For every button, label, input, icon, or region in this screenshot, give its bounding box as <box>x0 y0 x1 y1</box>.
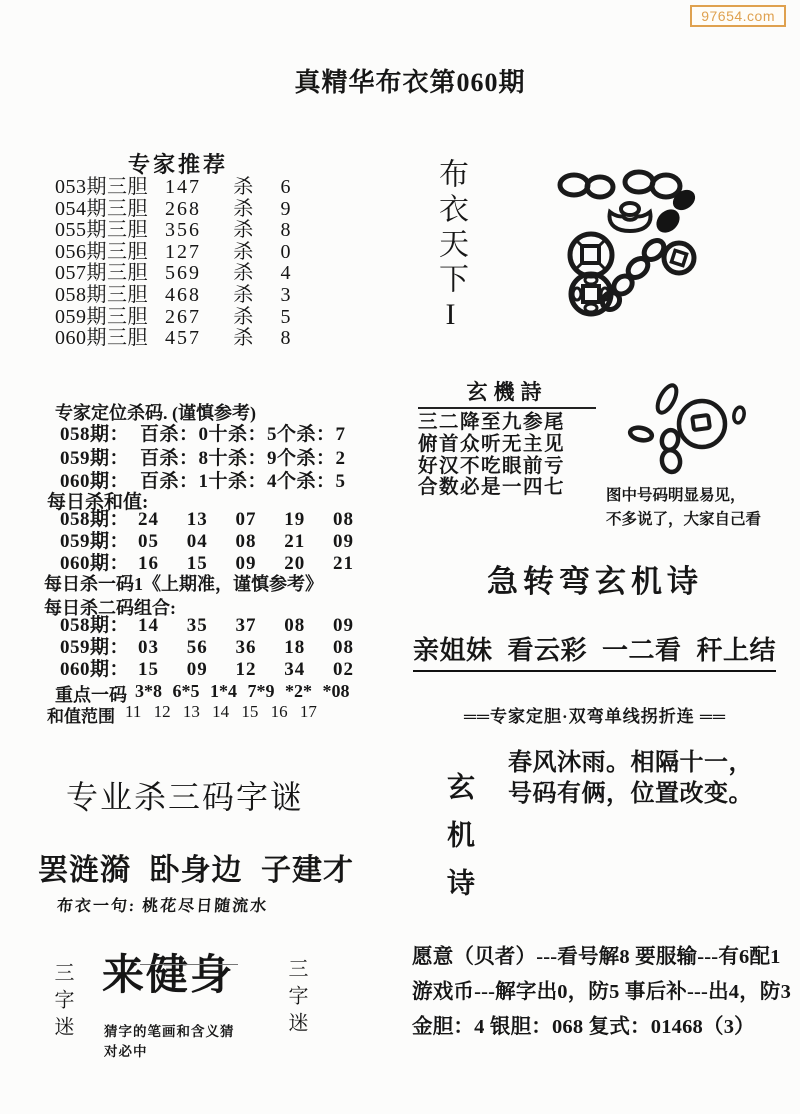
kill-label: 杀 <box>220 220 267 242</box>
table-row: 059期三胆 267 杀 5 <box>55 307 291 329</box>
kill-label: 杀 <box>220 285 267 307</box>
stray-line <box>140 964 238 965</box>
poem-line: 合数必是一四七 <box>418 477 596 499</box>
caption-line: 不多说了，大家自己看 <box>606 508 761 532</box>
table-row: 053期三胆 147 杀 6 <box>55 177 291 199</box>
daily-kill-sum-list: 058期： 24 13 07 19 08 059期： 05 04 08 21 0… <box>60 509 354 574</box>
table-row: 058期： 24 13 07 19 08 <box>60 509 354 531</box>
position-kill-heading: 专家定位杀码. (谨慎参考) <box>55 399 256 425</box>
dan-number: 267 <box>165 307 220 329</box>
kill-label: 杀 <box>220 328 267 350</box>
caption-line: 对必中 <box>104 1042 235 1062</box>
three-char-label-left: 三字迷 <box>48 962 77 1043</box>
lottery-tip-sheet: 97654.com 真精华布衣第060期 专家推荐 053期三胆 147 杀 6… <box>0 0 800 1114</box>
period-label: 058期： <box>60 509 138 531</box>
daily-kill-one-note: 每日杀一码1《上期准，谨慎参考》 <box>44 570 323 596</box>
page-title: 真精华布衣第060期 <box>0 62 800 99</box>
period-label: 058期三胆 <box>55 285 165 307</box>
tip-line: 愿意（贝者）---看号解8 要服输---有6配1 <box>412 940 791 975</box>
table-row: 058期： 14 35 37 08 09 <box>60 615 354 637</box>
riddle-heading: 专业杀三码字谜 <box>66 772 304 818</box>
kill-label: 杀 <box>220 307 267 329</box>
kill-values: 百杀：8十杀：9个杀：2 <box>140 447 346 471</box>
three-char-answer: 来健身 <box>102 942 234 1002</box>
expert-recommend-list: 053期三胆 147 杀 6 054期三胆 268 杀 9 055期三胆 356… <box>55 177 291 350</box>
caption-line: 猜字的笔画和含义猜 <box>104 1022 235 1042</box>
dan-number: 147 <box>165 177 220 199</box>
poem-line: 三二降至九参尾 <box>418 412 596 434</box>
kill-number: 4 <box>267 263 291 285</box>
tip-line: 游戏币---解字出0，防5 事后补---出4，防3 <box>412 975 791 1010</box>
combo-values: 15 09 12 34 02 <box>138 659 354 681</box>
kill-label: 杀 <box>220 263 267 285</box>
table-row: 055期三胆 356 杀 8 <box>55 220 291 242</box>
sum-range-values: 11 12 13 14 15 16 17 <box>125 702 317 727</box>
answer-text: 来健身 <box>102 953 234 999</box>
period-label: 060期： <box>60 659 138 681</box>
site-badge[interactable]: 97654.com <box>690 5 786 27</box>
xuanji-vertical-label: 玄机诗 <box>438 772 478 916</box>
sharp-turn-riddle-line: 亲姐妹 看云彩 一二看 秆上结 <box>413 630 776 672</box>
expert-dan-divider: ══专家定胆·双弯单线拐折连 ══ <box>410 702 780 727</box>
riddle-line: 罢涟漪 卧身边 子建才 <box>38 845 354 889</box>
xuanji-poem-title: 玄機詩 <box>418 376 596 409</box>
answer-caption: 猜字的笔画和含义猜 对必中 <box>104 1022 235 1062</box>
three-char-label-right: 三字迷 <box>282 958 311 1039</box>
expert-recommend-heading: 专家推荐 <box>128 148 228 179</box>
dan-number: 268 <box>165 199 220 221</box>
sum-values: 24 13 07 19 08 <box>138 509 354 531</box>
table-row: 058期： 百杀：0十杀：5个杀：7 <box>60 423 346 447</box>
table-row: 058期三胆 468 杀 3 <box>55 285 291 307</box>
table-row: 054期三胆 268 杀 9 <box>55 199 291 221</box>
period-label: 053期三胆 <box>55 177 165 199</box>
sharp-turn-heading: 急转弯玄机诗 <box>410 556 780 601</box>
coin-doodle-drawing <box>626 378 748 478</box>
dan-number: 127 <box>165 242 220 264</box>
buyi-sentence: 布衣一句: 桃花尽日随流水 <box>56 893 269 916</box>
kill-label: 杀 <box>220 177 267 199</box>
kill-values: 百杀：0十杀：5个杀：7 <box>140 423 346 447</box>
kill-number: 3 <box>267 285 291 307</box>
two-combo-list: 058期： 14 35 37 08 09 059期： 03 56 36 18 0… <box>60 615 354 680</box>
period-label: 059期： <box>60 637 138 659</box>
poem-line: 俯首众听无主见 <box>418 434 596 456</box>
table-row: 060期： 15 09 12 34 02 <box>60 659 354 681</box>
spring-poem: 春风沐雨。相隔十一， 号码有俩，位置改变。 <box>508 748 753 810</box>
period-label: 059期： <box>60 531 138 553</box>
poem-line: 号码有俩，位置改变。 <box>508 779 753 810</box>
kill-label: 杀 <box>220 242 267 264</box>
kill-number: 8 <box>267 220 291 242</box>
period-label: 056期三胆 <box>55 242 165 264</box>
table-row: 060期三胆 457 杀 8 <box>55 328 291 350</box>
table-row: 057期三胆 569 杀 4 <box>55 263 291 285</box>
period-label: 059期三胆 <box>55 307 165 329</box>
kill-number: 0 <box>267 242 291 264</box>
sum-range-label: 和值范围 <box>47 702 115 727</box>
kill-number: 8 <box>267 328 291 350</box>
period-label: 057期三胆 <box>55 263 165 285</box>
xuanji-poem-box: 玄機詩 三二降至九参尾 俯首众听无主见 好汉不吃眼前亏 合数必是一四七 <box>418 376 596 499</box>
kill-number: 9 <box>267 199 291 221</box>
buyi-tianxia-vertical-title: 布衣天下I <box>428 158 472 336</box>
coins-ingot-drawing <box>538 162 738 332</box>
xuanji-poem-lines: 三二降至九参尾 俯首众听无主见 好汉不吃眼前亏 合数必是一四七 <box>418 412 596 499</box>
combo-values: 03 56 36 18 08 <box>138 637 354 659</box>
sum-range-row: 和值范围 11 12 13 14 15 16 17 <box>47 702 317 727</box>
poem-line: 春风沐雨。相隔十一， <box>508 748 753 779</box>
table-row: 059期： 05 04 08 21 09 <box>60 531 354 553</box>
dan-number: 468 <box>165 285 220 307</box>
period-label: 055期三胆 <box>55 220 165 242</box>
period-label: 054期三胆 <box>55 199 165 221</box>
caption-line: 图中号码明显易见， <box>606 484 761 508</box>
kill-label: 杀 <box>220 199 267 221</box>
period-label: 058期： <box>60 423 140 447</box>
kill-values: 百杀：1十杀：4个杀：5 <box>140 470 346 494</box>
dan-number: 356 <box>165 220 220 242</box>
combo-values: 14 35 37 08 09 <box>138 615 354 637</box>
kill-number: 5 <box>267 307 291 329</box>
table-row: 059期： 03 56 36 18 08 <box>60 637 354 659</box>
doodle-caption: 图中号码明显易见， 不多说了，大家自己看 <box>606 484 761 532</box>
dan-number: 569 <box>165 263 220 285</box>
tip-line: 金胆：4 银胆：068 复式：01468（3） <box>412 1010 791 1045</box>
period-label: 059期： <box>60 447 140 471</box>
table-row: 056期三胆 127 杀 0 <box>55 242 291 264</box>
position-kill-list: 058期： 百杀：0十杀：5个杀：7 059期： 百杀：8十杀：9个杀：2 06… <box>60 423 346 494</box>
table-row: 059期： 百杀：8十杀：9个杀：2 <box>60 447 346 471</box>
poem-line: 好汉不吃眼前亏 <box>418 456 596 478</box>
sum-values: 05 04 08 21 09 <box>138 531 354 553</box>
bottom-tips-block: 愿意（贝者）---看号解8 要服输---有6配1 游戏币---解字出0，防5 事… <box>412 940 791 1045</box>
period-label: 060期三胆 <box>55 328 165 350</box>
dan-number: 457 <box>165 328 220 350</box>
kill-number: 6 <box>267 177 291 199</box>
period-label: 058期： <box>60 615 138 637</box>
